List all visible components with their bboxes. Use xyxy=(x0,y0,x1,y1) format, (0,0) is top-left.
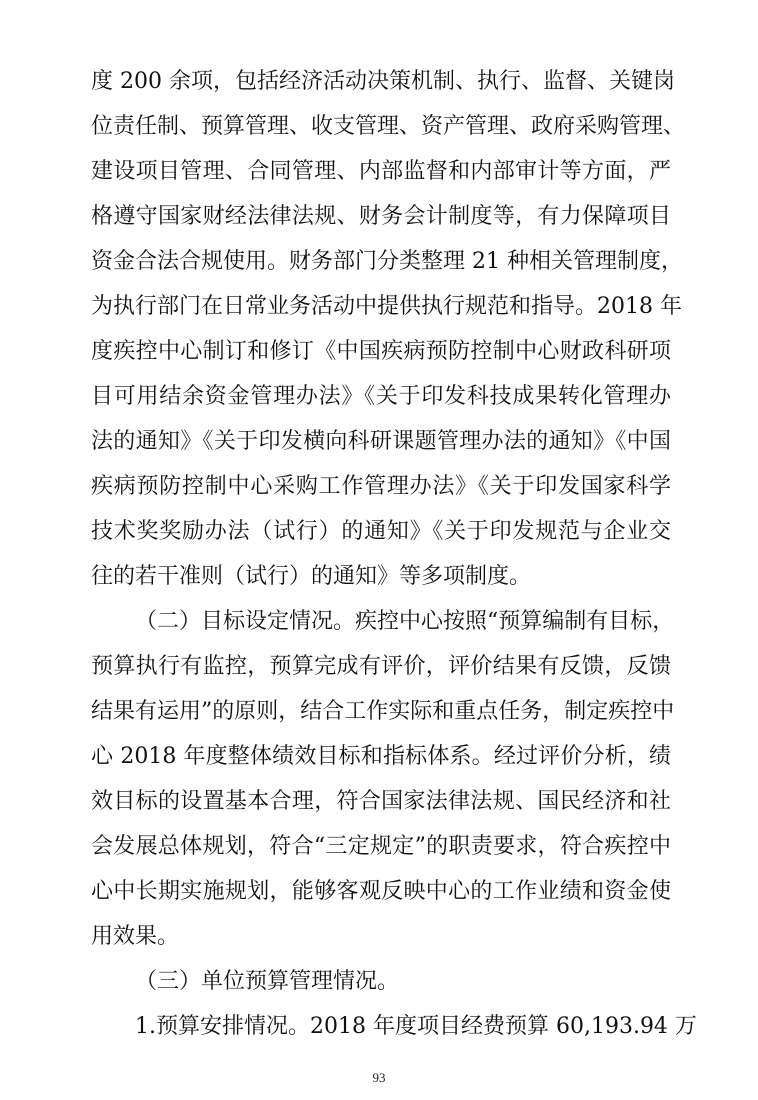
text-line: 法的通知》《关于印发横向科研课题管理办法的通知》《中国 xyxy=(91,427,671,457)
text-line: 会发展总体规划，符合“三定规定”的职责要求，符合疾控中 xyxy=(91,832,671,862)
text-line: 预算执行有监控，预算完成有评价，评价结果有反馈，反馈 xyxy=(91,652,671,682)
document-page: 度 200 余项，包括经济活动决策机制、执行、监督、关键岗 位责任制、预算管理、… xyxy=(0,0,758,1100)
text-line: 为执行部门在日常业务活动中提供执行规范和指导。2018 年 xyxy=(91,292,671,322)
text-line: 心 2018 年度整体绩效目标和指标体系。经过评价分析，绩 xyxy=(91,742,671,772)
text-line: 格遵守国家财经法律法规、财务会计制度等，有力保障项目 xyxy=(91,202,671,232)
text-line: 1.预算安排情况。2018 年度项目经费预算 60,193.94 万 xyxy=(135,1012,671,1042)
text-line: 资金合法合规使用。财务部门分类整理 21 种相关管理制度， xyxy=(91,247,671,277)
section-heading-3: （三）单位预算管理情况。 xyxy=(135,967,671,997)
text-line: 建设项目管理、合同管理、内部监督和内部审计等方面，严 xyxy=(91,157,671,187)
text-line: 往的若干准则（试行）的通知》等多项制度。 xyxy=(91,562,671,592)
text-line: 用效果。 xyxy=(91,922,671,952)
text-line: 结果有运用”的原则，结合工作实际和重点任务，制定疾控中 xyxy=(91,697,671,727)
text-line: 度疾控中心制订和修订《中国疾病预防控制中心财政科研项 xyxy=(91,337,671,367)
text-line: 技术奖奖励办法（试行）的通知》《关于印发规范与企业交 xyxy=(91,517,671,547)
text-line: 心中长期实施规划，能够客观反映中心的工作业绩和资金使 xyxy=(91,877,671,907)
text-line: 位责任制、预算管理、收支管理、资产管理、政府采购管理、 xyxy=(91,112,671,142)
text-line: 目可用结余资金管理办法》《关于印发科技成果转化管理办 xyxy=(91,382,671,412)
text-line: 度 200 余项，包括经济活动决策机制、执行、监督、关键岗 xyxy=(91,67,671,97)
text-line: 效目标的设置基本合理，符合国家法律法规、国民经济和社 xyxy=(91,787,671,817)
section-heading-2: （二）目标设定情况。疾控中心按照“预算编制有目标， xyxy=(135,607,671,637)
page-number: 93 xyxy=(0,1070,758,1086)
text-line: 疾病预防控制中心采购工作管理办法》《关于印发国家科学 xyxy=(91,472,671,502)
